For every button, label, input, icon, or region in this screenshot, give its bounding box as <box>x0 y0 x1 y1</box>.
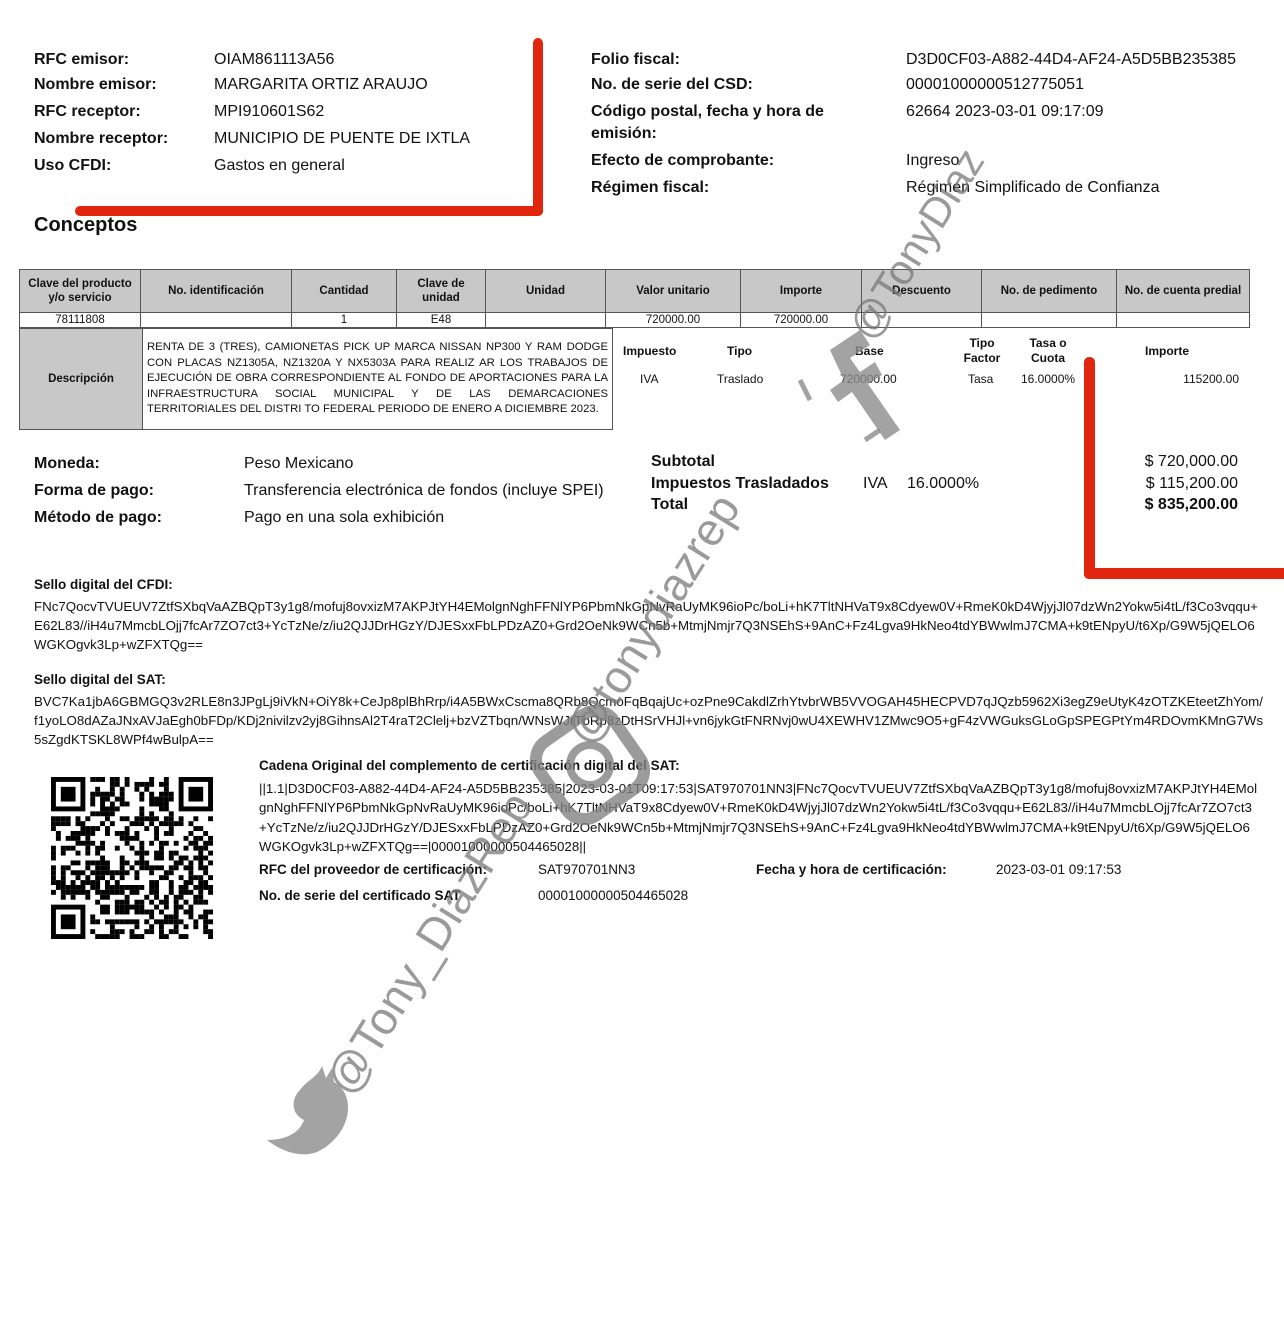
importe-tax-header: Importe <box>1145 344 1189 358</box>
codigo-postal-value: 62664 2023-03-01 09:17:09 <box>906 103 1104 121</box>
uso-cfdi-label: Uso CFDI: <box>34 157 111 175</box>
red-annotation-vertical-2 <box>1084 357 1095 579</box>
rfc-emisor-label: RFC emisor: <box>34 51 129 69</box>
red-annotation-vertical-1 <box>533 38 543 216</box>
forma-pago-value: Transferencia electrónica de fondos (inc… <box>244 482 604 500</box>
facebook-icon <box>790 320 910 460</box>
conceptos-title: Conceptos <box>34 214 137 237</box>
metodo-pago-label: Método de pago: <box>34 509 162 527</box>
col-no-identificacion: No. identificación <box>141 270 292 313</box>
col-clave-producto: Clave del producto y/o servicio <box>20 270 141 313</box>
col-cuenta-predial: No. de cuenta predial <box>1117 270 1250 313</box>
cell-cantidad: 1 <box>292 313 397 328</box>
impuestos-trasladados-label: Impuestos Trasladados <box>651 475 829 493</box>
subtotal-value: $ 720,000.00 <box>1145 453 1238 471</box>
impuestos-tax-rate: 16.0000% <box>907 475 979 493</box>
rfc-receptor-value: MPI910601S62 <box>214 103 324 121</box>
moneda-value: Peso Mexicano <box>244 455 353 473</box>
fecha-certificacion-label: Fecha y hora de certificación: <box>756 862 947 877</box>
moneda-label: Moneda: <box>34 455 100 473</box>
importe-tax-value: 115200.00 <box>1183 372 1239 386</box>
cell-unidad <box>486 313 606 328</box>
impuesto-header: Impuesto <box>623 344 676 358</box>
col-clave-unidad: Clave de unidad <box>397 270 486 313</box>
total-label: Total <box>651 496 688 514</box>
cadena-text: ||1.1|D3D0CF03-A882-44D4-AF24-A5D5BB2353… <box>259 779 1259 856</box>
regimen-label: Régimen fiscal: <box>591 179 709 197</box>
metodo-pago-value: Pago en una sola exhibición <box>244 509 444 527</box>
serie-certificado-value: 00001000000504465028 <box>538 888 688 903</box>
col-importe: Importe <box>741 270 862 313</box>
cell-clave-unidad: E48 <box>397 313 486 328</box>
serie-csd-label: No. de serie del CSD: <box>591 76 753 94</box>
fecha-certificacion-value: 2023-03-01 09:17:53 <box>996 862 1121 877</box>
total-value: $ 835,200.00 <box>1145 496 1238 514</box>
cell-clave-producto: 78111808 <box>20 313 141 328</box>
col-unidad: Unidad <box>486 270 606 313</box>
tipo-header: Tipo <box>727 344 752 358</box>
col-cantidad: Cantidad <box>292 270 397 313</box>
nombre-receptor-value: MUNICIPIO DE PUENTE DE IXTLA <box>214 130 470 148</box>
efecto-label: Efecto de comprobante: <box>591 152 774 170</box>
rfc-receptor-label: RFC receptor: <box>34 103 141 121</box>
tasa-header: Tasa o Cuota <box>1022 336 1074 366</box>
cell-cuenta-predial <box>1117 313 1250 328</box>
nombre-receptor-label: Nombre receptor: <box>34 130 168 148</box>
twitter-bird-icon <box>262 1060 372 1160</box>
red-annotation-horizontal-1 <box>75 206 543 216</box>
col-no-pedimento: No. de pedimento <box>982 270 1117 313</box>
tipo-factor-value: Tasa <box>968 372 993 386</box>
tasa-value: 16.0000% <box>1021 372 1075 386</box>
sello-cfdi-title: Sello digital del CFDI: <box>34 577 173 592</box>
codigo-postal-label-2: emisión: <box>591 125 657 143</box>
serie-csd-value: 00001000000512775051 <box>906 76 1084 94</box>
nombre-emisor-value: MARGARITA ORTIZ ARAUJO <box>214 76 428 94</box>
table-row: 78111808 1 E48 720000.00 720000.00 <box>20 313 1250 328</box>
codigo-postal-label: Código postal, fecha y hora de <box>591 103 824 121</box>
items-table: Clave del producto y/o servicio No. iden… <box>19 269 1250 328</box>
instagram-icon <box>520 700 660 830</box>
rfc-proveedor-value: SAT970701NN3 <box>538 862 635 877</box>
sello-sat-title: Sello digital del SAT: <box>34 672 166 687</box>
red-annotation-horizontal-2 <box>1084 568 1284 579</box>
nombre-emisor-label: Nombre emisor: <box>34 76 157 94</box>
cell-no-pedimento <box>982 313 1117 328</box>
descripcion-label: Descripción <box>20 329 143 430</box>
tipo-factor-header: Tipo Factor <box>962 336 1002 366</box>
cell-no-identificacion <box>141 313 292 328</box>
impuestos-value: $ 115,200.00 <box>1146 475 1238 493</box>
impuestos-tax-name: IVA <box>863 475 888 493</box>
impuesto-value: IVA <box>640 372 658 386</box>
descripcion-text: RENTA DE 3 (TRES), CAMIONETAS PICK UP MA… <box>143 329 613 430</box>
forma-pago-label: Forma de pago: <box>34 482 154 500</box>
qr-code <box>50 777 214 939</box>
descripcion-table: Descripción RENTA DE 3 (TRES), CAMIONETA… <box>19 328 613 430</box>
tipo-value: Traslado <box>717 372 763 386</box>
cell-valor-unitario: 720000.00 <box>606 313 741 328</box>
folio-fiscal-value: D3D0CF03-A882-44D4-AF24-A5D5BB235385 <box>906 51 1236 69</box>
rfc-emisor-value: OIAM861113A56 <box>214 51 334 69</box>
uso-cfdi-value: Gastos en general <box>214 157 345 175</box>
subtotal-label: Subtotal <box>651 453 715 471</box>
items-header-row: Clave del producto y/o servicio No. iden… <box>20 270 1250 313</box>
folio-fiscal-label: Folio fiscal: <box>591 51 680 69</box>
col-valor-unitario: Valor unitario <box>606 270 741 313</box>
